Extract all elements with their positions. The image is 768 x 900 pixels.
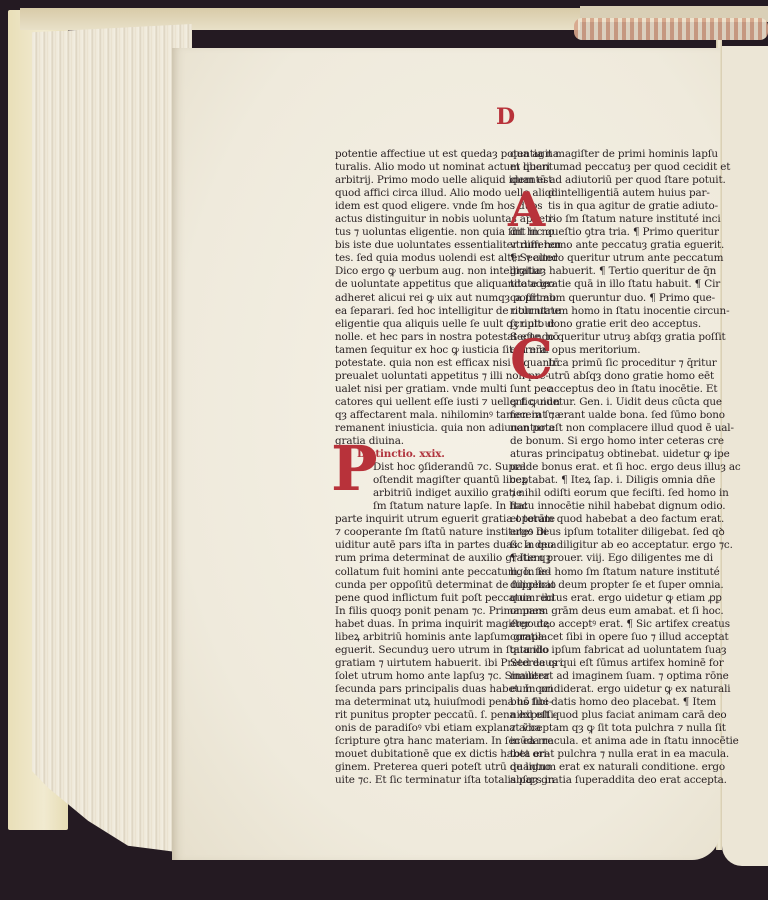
- text-line: gratiaȝ habuerit. ¶ Tertio queritur de q…: [510, 265, 685, 278]
- text-line: tota erat pulchra ⁊ nulla erat in ea mac…: [510, 748, 685, 761]
- decorated-initial-c: C: [510, 332, 553, 386]
- text-line: quia rectus erat. ergo uidetur ꝙ etiam ꝓ…: [510, 592, 685, 605]
- text-line: qua agit magiſter de primi hominis lapſu: [510, 148, 685, 161]
- text-line: ſtatu innocētie nihil habebat dignum odi…: [510, 500, 685, 513]
- text-line: potestate. quia non est efficax nisi inq…: [335, 357, 498, 370]
- text-line: ritur utrum homo in ſtatu inocentie circ…: [510, 305, 685, 318]
- text-line: ſolet utrum homo ante lapſuȝ ⁊c. Similit…: [335, 670, 498, 683]
- text-line: in ea macula. et anima ade in ſtatu inno…: [510, 735, 685, 748]
- text-line: ligo. ſed homo ſm ſtatum nature institut…: [510, 566, 685, 579]
- text-line: tes. ſed quia modus uolendi est alter ⁊ …: [335, 252, 498, 265]
- text-line: complacet ſibi in opere ſuo ⁊ illud acce…: [510, 631, 685, 644]
- text-line: ¶ Secundo queritur utrum ante peccatum: [510, 252, 685, 265]
- page-heading-letter: D: [496, 104, 515, 130]
- text-line: nihil eſt quod plus faciat animam carā d…: [510, 709, 685, 722]
- text-line: gratiam ⁊ uirtutem habuerit. ibi Pretere…: [335, 657, 498, 670]
- text-line: mauerat ad imaginem ſuam. ⁊ optima rōne: [510, 670, 685, 683]
- text-line: ⁊ nihil odiſti eorum que feciſti. ſed ho…: [510, 487, 685, 500]
- text-line: uiditur autē pars iſta in partes duas. I…: [335, 539, 498, 552]
- text-line: bus ſibi datis homo deo placebat. ¶ Item: [510, 696, 685, 709]
- text-line: ꝙ ſic uidetur. Gen. i. Uidit deus cūcta …: [510, 396, 685, 409]
- text-line: tamen ſequitur ex hoc ꝙ iusticia ſit in …: [335, 344, 498, 357]
- text-line: Dico ergo ꝙ uerbum aug. non intelligitur: [335, 265, 498, 278]
- text-line: adheret alicui rei ꝙ uix aut numqȝ poſſi…: [335, 292, 498, 305]
- text-line: ma determinat utꝝ huiuſmodi pena hō ſue-: [335, 696, 498, 709]
- text-line: cunda per oppoſitū determinat de ſupplic…: [335, 579, 498, 592]
- text-line: titate gratie quā in illo ſtatu habuit. …: [510, 278, 685, 291]
- decorated-initial-a: A: [508, 186, 545, 234]
- text-line: quod affici circa illud. Alio modo uelle…: [335, 187, 498, 200]
- text-line: ergo deus ipſum totaliter diligebat. ſed…: [510, 526, 685, 539]
- text-line: de uoluntate appetitus que aliquando ade…: [335, 278, 498, 291]
- text-line: habet duas. In prima inquirit magiſter u…: [335, 618, 498, 631]
- text-line: actus distinguitur in nobis uoluntas app…: [335, 213, 498, 226]
- text-line: tus ⁊ uoluntas eligentie. non quia ſint …: [335, 226, 498, 239]
- text-line: ualet nisi per gratiam. vnde multi ſunt …: [335, 383, 498, 396]
- decorated-initial-p: P: [331, 438, 378, 500]
- text-line: ergo deo acceptꝰ erat. ¶ Sic artifex cre…: [510, 618, 685, 631]
- text-line: ⁊ cooperante ſm ſtatū nature instituteꝰ …: [335, 526, 498, 539]
- text-line: ea ſeparari. ſed hoc intelligitur de uol…: [335, 305, 498, 318]
- text-line: eum condiderat. ergo uidetur ꝙ ex natura…: [510, 683, 685, 696]
- text-line: eguerit. Secunduȝ uero utrum in ſtatu il…: [335, 644, 498, 657]
- text-line: pene quod inflictum fuit poſt peccatum. …: [335, 592, 498, 605]
- book-top-edge: [20, 8, 580, 30]
- text-line: eligentie qua aliquis uelle ſe uult qꝫ u…: [335, 318, 498, 331]
- text-line: ſic a deo diligitur ab eo acceptatur. er…: [510, 539, 685, 552]
- text-line: ⁊ acceptam qȝ ꝙ ſit tota pulchra ⁊ nulla…: [510, 722, 685, 735]
- text-line: et quantumad peccatuȝ per quod cecidit e…: [510, 161, 685, 174]
- text-line: non poteſt non complacere illud quod ē u…: [510, 422, 685, 435]
- text-line: qȝ affectarent mala. nihilominꝰ tamen in…: [335, 409, 498, 422]
- text-line: quando ipſum fabricat ad uoluntatem ſuaȝ: [510, 644, 685, 657]
- text-line: mouet dubitationē que ex dictis habet or…: [335, 748, 498, 761]
- text-line: libeꝝ arbitriū hominis ante lapſum grati…: [335, 631, 498, 644]
- text-line: vtrum homo ante peccatuȝ gratia eguerit.: [510, 239, 685, 252]
- text-line: parte inquirit utrum eguerit gratia oper…: [335, 513, 498, 526]
- text-line: diligebat deum propter ſe et ſuper omnia…: [510, 579, 685, 592]
- text-line: Sed deus qui eſt ſūmus artifex hominē fo…: [510, 657, 685, 670]
- text-line: rum prima determinat de auxilio gratie q…: [335, 552, 498, 565]
- page-fore-edge-stack: [32, 24, 192, 854]
- text-line: abſqȝ gratia ſuperaddita deo erat accept…: [510, 774, 685, 787]
- text-line: uite ⁊c. Et ſic terminatur iſta totalis …: [335, 774, 498, 787]
- text-line: rit punitus propter peccatū. ſ. pena exp…: [335, 709, 498, 722]
- text-line: nolle. et hec pars in nostra potestat eſ…: [335, 331, 498, 344]
- text-line: potentie affectiue ut est quedaȝ potenti…: [335, 148, 498, 161]
- text-line: onis de paradiſoꝰ vbi etiam explanat ṽba: [335, 722, 498, 735]
- text-line: ualde bonus erat. et ſi hoc. ergo deus i…: [510, 461, 685, 474]
- text-line: de bonum. Si ergo homo inter ceteras cre: [510, 435, 685, 448]
- text-line: quantum erat ex naturali conditione. erg…: [510, 761, 685, 774]
- text-line: collatum fuit homini ante peccatum. In ſ…: [335, 566, 498, 579]
- right-text-column: qua agit magiſter de primi hominis lapſu…: [510, 148, 685, 787]
- text-line: et totum quod habebat a deo factum erat.: [510, 513, 685, 526]
- text-line: turalis. Alio modo ut nominat actum libe…: [335, 161, 498, 174]
- text-line: idem est quod eligere. vnde ſm hos duos: [335, 200, 498, 213]
- text-line: ca primum queruntur duo. ¶ Primo que-: [510, 292, 685, 305]
- text-line: ginem. Preterea queri poteſt utrū de lig…: [335, 761, 498, 774]
- text-line: bis iste due uoluntates essentialiter di…: [335, 239, 498, 252]
- text-line: catores qui uellent eſſe iusti ⁊ uellent…: [335, 396, 498, 409]
- text-line: ſecunda pars principalis duas habet. In …: [335, 683, 498, 696]
- book-photograph: D potentie affectiue ut est quedaȝ poten…: [0, 0, 768, 900]
- text-line: preualet uoluntati appetitus ⁊ illi non …: [335, 370, 498, 383]
- text-line: aturas principatuȝ obtinebat. uidetur ꝙ …: [510, 448, 685, 461]
- text-line: ¶ Item prouer. viij. Ego diligentes me d…: [510, 552, 685, 565]
- headband: [574, 18, 768, 40]
- text-line: ceptabat. ¶ Iteꝝ ſap. i. Diligis omnia d…: [510, 474, 685, 487]
- text-line: In filis quoqȝ ponit penam ⁊c. Prima par…: [335, 605, 498, 618]
- text-line: fecerat ⁊ erant ualde bona. ſed ſūmo bon…: [510, 409, 685, 422]
- text-line: arbitrij. Primo modo uelle aliquid idem …: [335, 174, 498, 187]
- text-line: ſcripture ꝯtra hanc materiam. In ſecūda …: [335, 735, 498, 748]
- text-line: omnem grām deus eum amabat. et ſi hoc.: [510, 605, 685, 618]
